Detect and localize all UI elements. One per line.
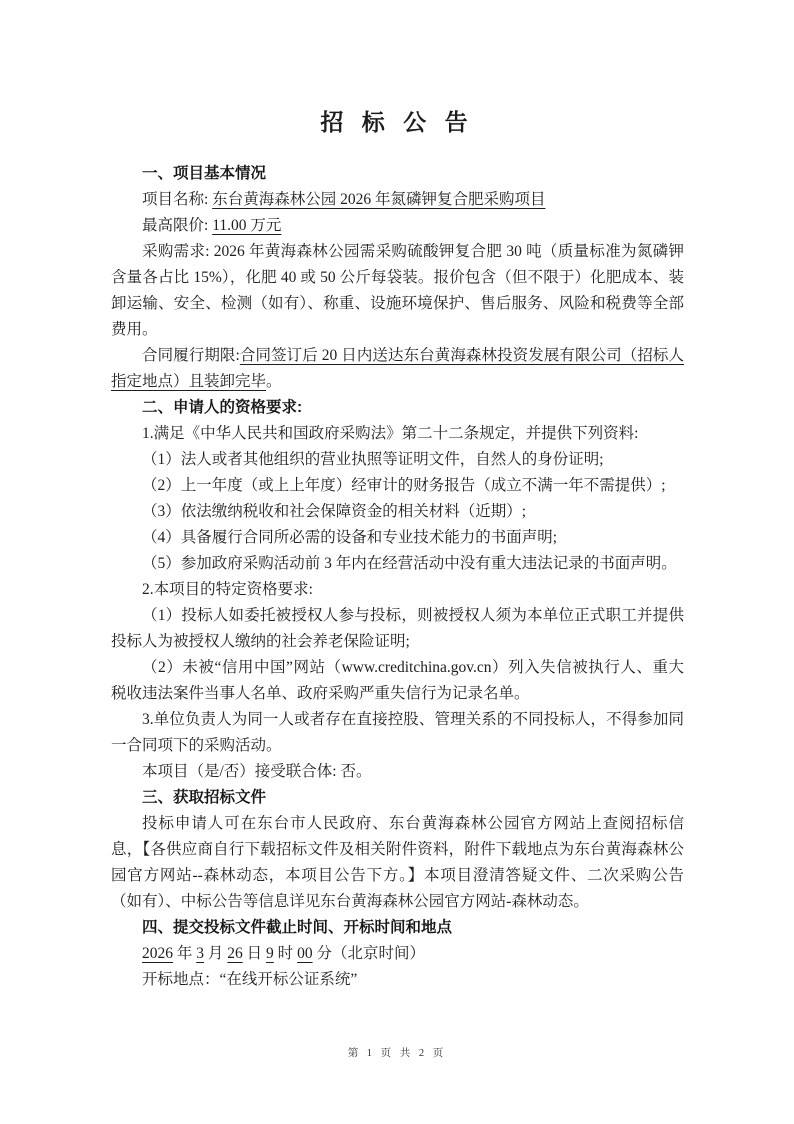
deadline-timezone: 分（北京时间） (313, 945, 425, 962)
deadline-month: 3 (196, 945, 204, 962)
max-price-label: 最高限价: (142, 217, 212, 234)
para-deadline: 2026 年 3 月 26 日 9 时 00 分（北京时间） (111, 941, 684, 967)
deadline-day: 26 (227, 945, 243, 962)
para-procurement-demand: 采购需求: 2026 年黄海森林公园需采购硫酸钾复合肥 30 吨（质量标准为氮磷… (111, 239, 684, 343)
qualification-item: 3.单位负责人为同一人或者存在直接控股、管理关系的不同投标人，不得参加同一合同项… (111, 707, 684, 759)
para-max-price: 最高限价: 11.00 万元 (111, 213, 684, 239)
para-open-location: 开标地点：“在线开标公证系统” (111, 967, 684, 993)
qualification-item: 2.本项目的特定资格要求: (111, 577, 684, 603)
deadline-sep: 年 (173, 945, 196, 962)
section-3-heading: 三、获取招标文件 (111, 785, 684, 811)
qualification-item: （2）未被“信用中国”网站（www.creditchina.gov.cn）列入失… (111, 655, 684, 707)
para-obtain-docs: 投标申请人可在东台市人民政府、东台黄海森林公园官方网站上查阅招标信息，【各供应商… (111, 811, 684, 915)
para-project-name: 项目名称: 东台黄海森林公园 2026 年氮磷钾复合肥采购项目 (111, 187, 684, 213)
para-contract-period: 合同履行期限:合同签订后 20 日内送达东台黄海森林投资发展有限公司（招标人指定… (111, 343, 684, 395)
qualification-item: （4）具备履行合同所必需的设备和专业技术能力的书面声明; (111, 525, 684, 551)
qualification-item: （1）法人或者其他组织的营业执照等证明文件，自然人的身份证明; (111, 447, 684, 473)
project-name-label: 项目名称: (142, 191, 212, 208)
deadline-sep: 时 (274, 945, 297, 962)
document-page: 招 标 公 告 一、项目基本情况 项目名称: 东台黄海森林公园 2026 年氮磷… (0, 0, 794, 1124)
project-name-value: 东台黄海森林公园 2026 年氮磷钾复合肥采购项目 (212, 191, 545, 208)
section-4-heading: 四、提交投标文件截止时间、开标时间和地点 (111, 915, 684, 941)
deadline-sep: 月 (204, 945, 227, 962)
document-title: 招 标 公 告 (0, 104, 794, 137)
deadline-sep: 日 (243, 945, 266, 962)
contract-period-end: 。 (266, 373, 282, 390)
max-price-value: 11.00 万元 (212, 217, 281, 234)
section-2-heading: 二、申请人的资格要求: (111, 395, 684, 421)
page-footer: 第 1 页 共 2 页 (0, 1045, 794, 1060)
document-body: 一、项目基本情况 项目名称: 东台黄海森林公园 2026 年氮磷钾复合肥采购项目… (111, 161, 684, 993)
deadline-minute: 00 (297, 945, 313, 962)
deadline-year: 2026 (142, 945, 173, 962)
qualification-item: （2）上一年度（或上上年度）经审计的财务报告（成立不满一年不需提供）; (111, 473, 684, 499)
section-1-heading: 一、项目基本情况 (111, 161, 684, 187)
qualification-item: 1.满足《中华人民共和国政府采购法》第二十二条规定，并提供下列资料: (111, 421, 684, 447)
qualification-item: （3）依法缴纳税收和社会保障资金的相关材料（近期）; (111, 499, 684, 525)
contract-period-label: 合同履行期限: (142, 347, 240, 364)
para-consortium: 本项目（是/否）接受联合体: 否。 (111, 759, 684, 785)
qualification-item: （5）参加政府采购活动前 3 年内在经营活动中没有重大违法记录的书面声明。 (111, 551, 684, 577)
deadline-hour: 9 (266, 945, 274, 962)
qualification-item: （1）投标人如委托被授权人参与投标，则被授权人须为本单位正式职工并提供投标人为被… (111, 603, 684, 655)
